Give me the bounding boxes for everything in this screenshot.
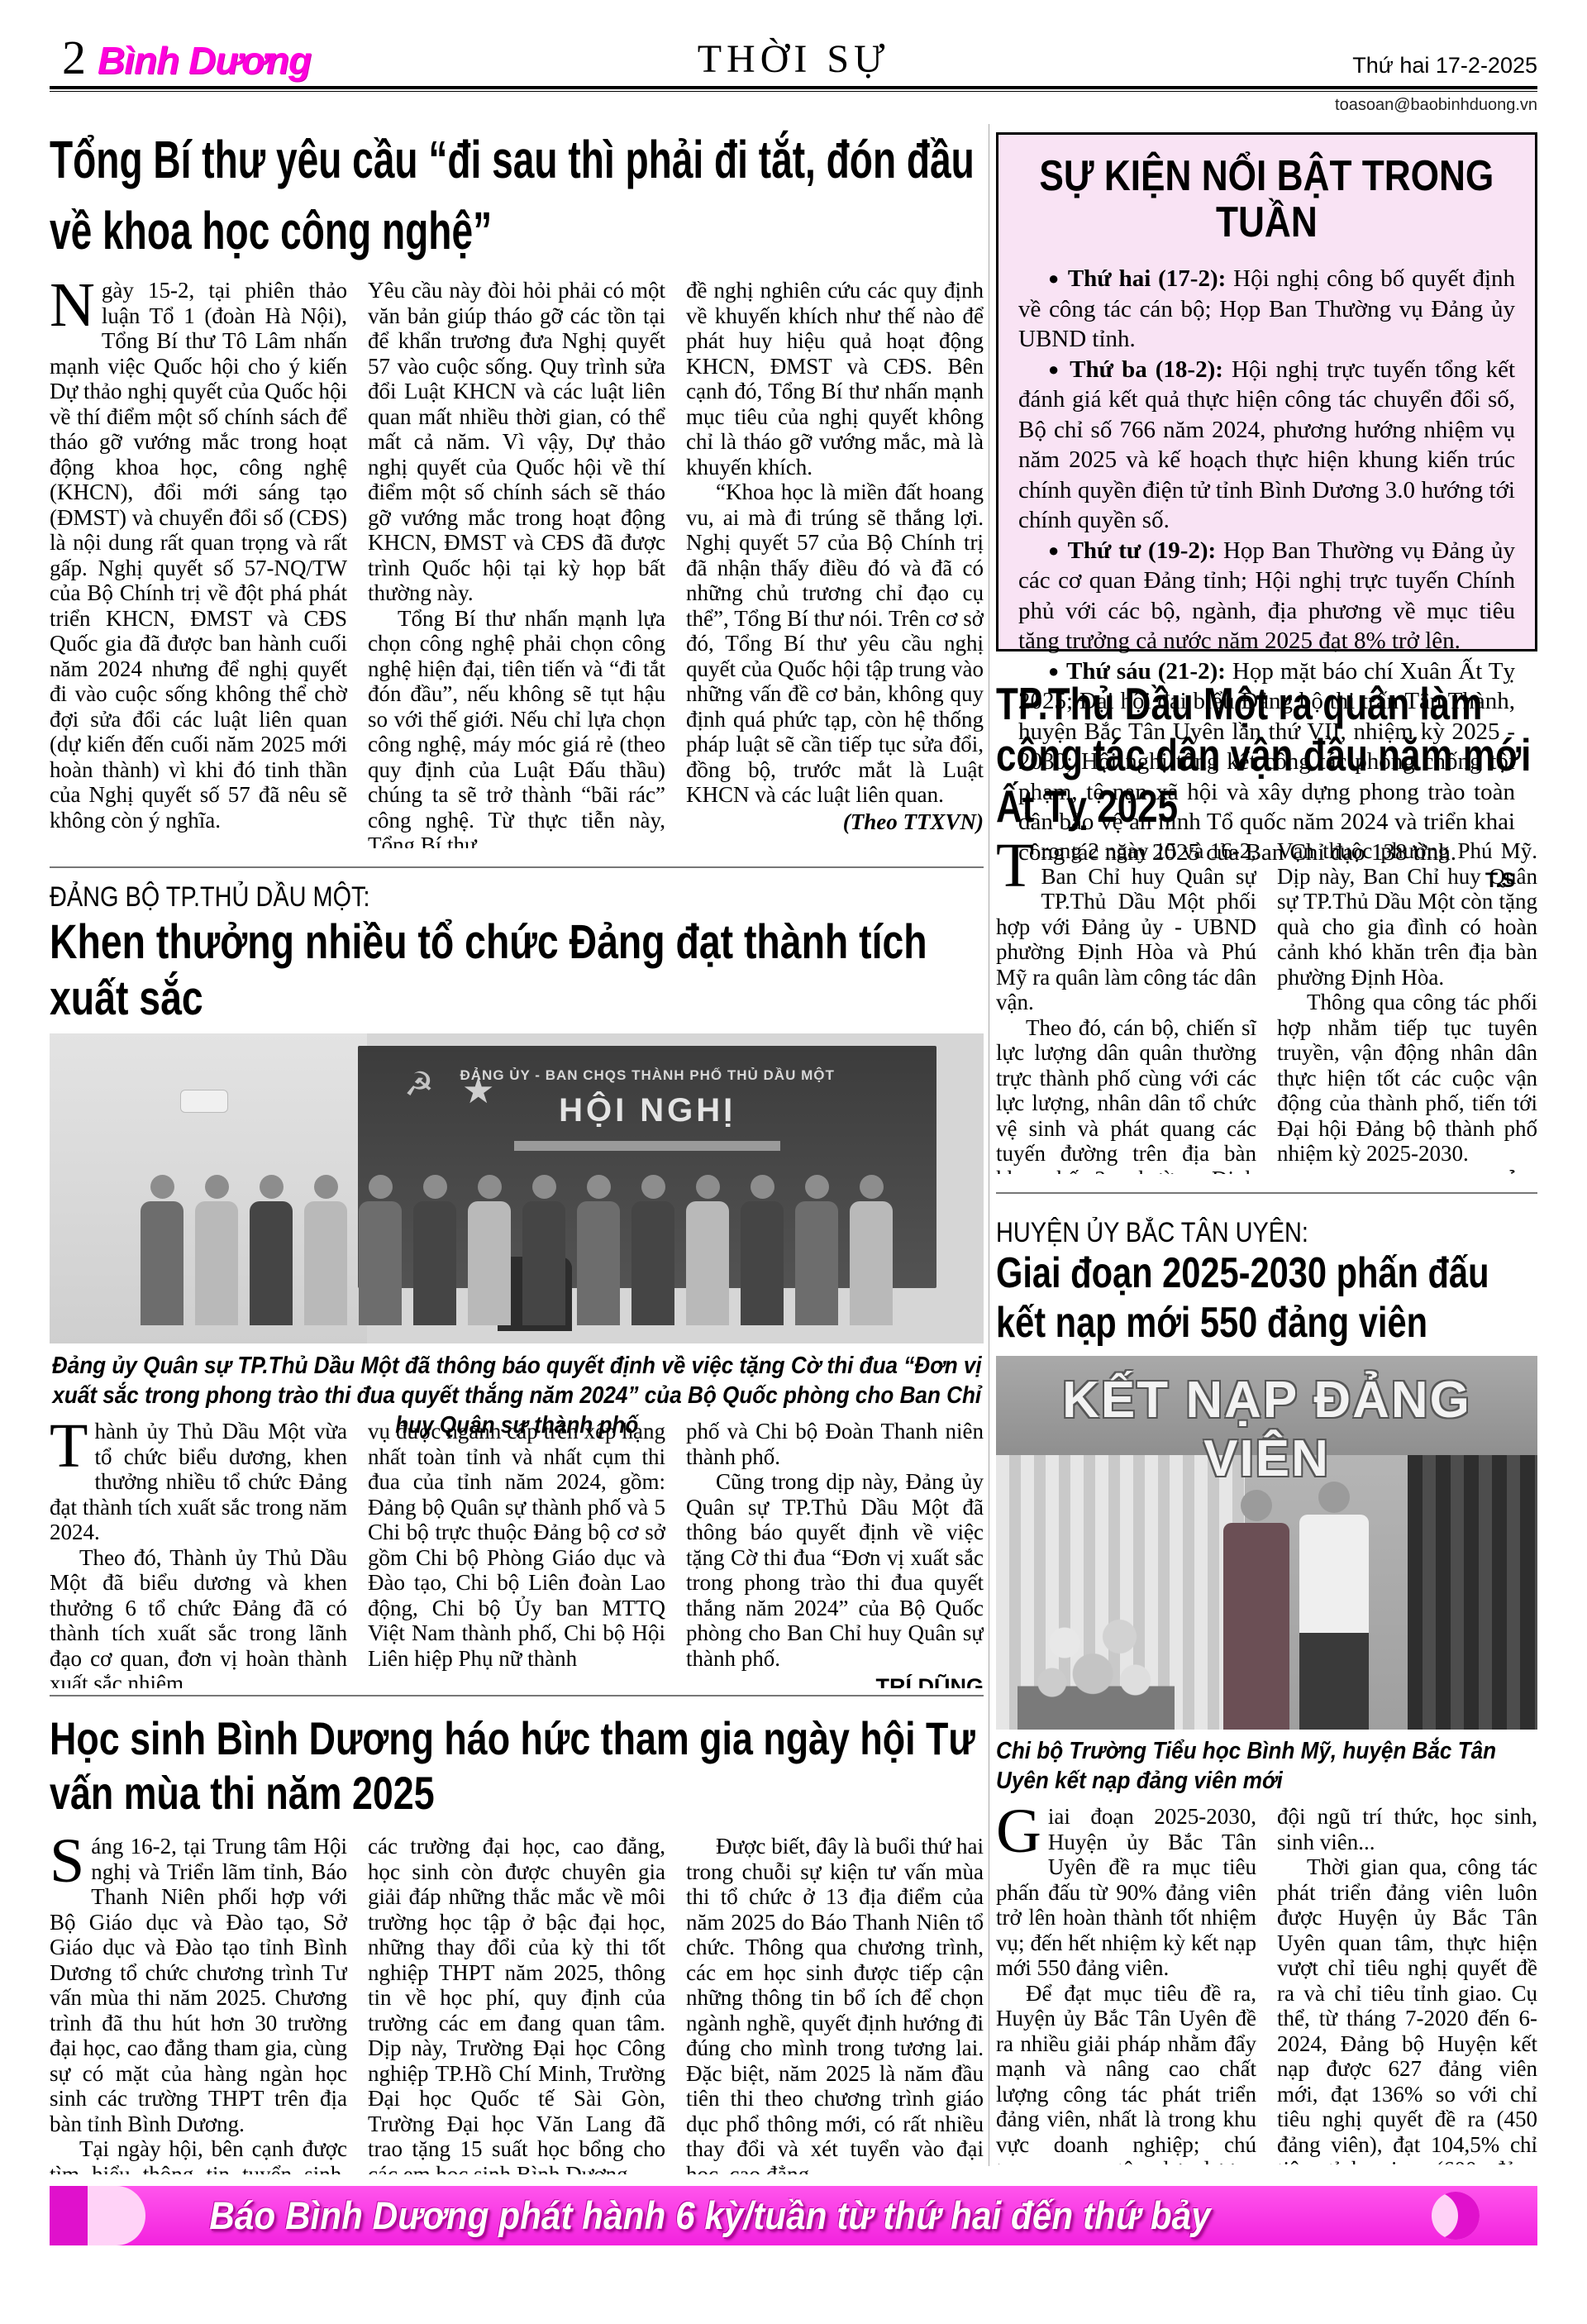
divider <box>50 866 984 868</box>
banner-right-circle <box>1432 2192 1480 2240</box>
drop-cap: T <box>996 838 1041 890</box>
paragraph: vụ được ngành cấp trên xếp hạng nhất toà… <box>368 1419 665 1671</box>
newspaper-page: 2 Bình Dương THỜI SỰ Thứ hai 17-2-2025 t… <box>0 0 1587 2324</box>
events-title: SỰ KIỆN NỔI BẬT TRONG TUẦN <box>1018 153 1515 246</box>
hocsinh-headline-block: Học sinh Bình Dương háo hức tham gia ngà… <box>50 1711 984 1827</box>
person-figure <box>686 1201 729 1325</box>
bullet-icon: ● <box>1048 540 1060 561</box>
khen-article-body: Thành ủy Thủ Dầu Một vừa tổ chức biểu dư… <box>50 1419 984 1688</box>
paragraph: Ngày 15-2, tại phiên thảo luận Tổ 1 (đoà… <box>50 278 347 833</box>
paragraph: Được biết, đây là buổi thứ hai trong chu… <box>686 1834 984 2174</box>
paragraph: Giai đoạn 2025-2030, Huyện ủy Bắc Tân Uy… <box>996 1804 1256 1981</box>
lead-column-3: đề nghị nghiên cứu các quy định về khuyế… <box>686 278 984 848</box>
bactan-headline-block: Giai đoạn 2025-2030 phấn đấu kết nạp mới… <box>996 1248 1537 1351</box>
person-figure <box>631 1201 674 1325</box>
person-figure <box>741 1201 784 1325</box>
paragraph: Cũng trong dịp này, Đảng ủy Quân sự TP.T… <box>686 1469 984 1671</box>
khen-headline-block: Khen thưởng nhiều tổ chức Đảng đạt thành… <box>50 914 984 1030</box>
bactan-headline: Giai đoạn 2025-2030 phấn đấu kết nạp mới… <box>996 1248 1537 1348</box>
person-figure <box>304 1201 347 1325</box>
tdm-headline: TP.Thủ Dầu Một ra quân làm công tác dân … <box>996 678 1537 832</box>
hocsinh-article-body: Sáng 16-2, tại Trung tâm Hội nghị và Tri… <box>50 1834 984 2174</box>
bactan-column-2: đội ngũ trí thức, học sinh, sinh viên...… <box>1277 1804 1537 2164</box>
paragraph: Tại ngày hội, bên cạnh được tìm hiểu thô… <box>50 2136 347 2174</box>
paragraph: Theo đó, cán bộ, chiến sĩ lực lượng dân … <box>996 1015 1256 1175</box>
bullet-icon: ● <box>1048 359 1061 379</box>
header-rule <box>50 86 1537 92</box>
person-figure <box>195 1201 238 1325</box>
person-figure <box>850 1201 893 1325</box>
events-box: SỰ KIỆN NỔI BẬT TRONG TUẦN ● Thứ hai (17… <box>996 132 1537 651</box>
person-figure <box>413 1201 456 1325</box>
divider <box>996 1192 1537 1194</box>
hammer-sickle-icon: ☭ <box>404 1065 434 1104</box>
hocsinh-column-1: Sáng 16-2, tại Trung tâm Hội nghị và Tri… <box>50 1834 347 2174</box>
section-title: THỜI SỰ <box>0 36 1587 82</box>
paragraph: đề nghị nghiên cứu các quy định về khuyế… <box>686 278 984 480</box>
photo-banner-text: ĐẢNG ỦY - BAN CHQS THÀNH PHỐ THỦ DẦU MỘT <box>358 1067 937 1084</box>
photo-ac-unit <box>180 1090 228 1113</box>
tdm-byline: THU THẢO <box>1277 1170 1537 1175</box>
photo-banner-text: KẾT NẠP ĐẢNG VIÊN <box>996 1371 1537 1488</box>
drop-cap: S <box>50 1834 91 1885</box>
khen-column-1: Thành ủy Thủ Dầu Một vừa tổ chức biểu dư… <box>50 1419 347 1688</box>
paragraph: các trường đại học, cao đẳng, học sinh c… <box>368 1834 665 2174</box>
paragraph: Sáng 16-2, tại Trung tâm Hội nghị và Tri… <box>50 1834 347 2136</box>
lead-article-body: Ngày 15-2, tại phiên thảo luận Tổ 1 (đoà… <box>50 278 984 848</box>
person-figure <box>468 1201 511 1325</box>
hocsinh-column-2: các trường đại học, cao đẳng, học sinh c… <box>368 1834 665 2174</box>
hocsinh-headline: Học sinh Bình Dương háo hức tham gia ngà… <box>50 1711 984 1821</box>
paragraph: Theo đó, Thành ủy Thủ Dầu Một đã biểu dư… <box>50 1545 347 1689</box>
khen-headline: Khen thưởng nhiều tổ chức Đảng đạt thành… <box>50 914 984 1027</box>
person-figure <box>359 1201 402 1325</box>
footer-banner: Báo Bình Dương phát hành 6 kỳ/tuần từ th… <box>50 2186 1537 2245</box>
bactan-article-body: Giai đoạn 2025-2030, Huyện ủy Bắc Tân Uy… <box>996 1804 1537 2164</box>
contact-email: toasoan@baobinhduong.vn <box>1335 96 1537 115</box>
paragraph: Để đạt mục tiêu đề ra, Huyện ủy Bắc Tân … <box>996 1981 1256 2165</box>
bactan-kicker-block: HUYỆN ỦY BẮC TÂN UYÊN: <box>996 1217 1537 1249</box>
paragraph: Vạn thuộc phường Phú Mỹ. Dịp này, Ban Ch… <box>1277 838 1537 990</box>
kicker: HUYỆN ỦY BẮC TÂN UYÊN: <box>996 1217 1537 1249</box>
person-figure <box>1223 1523 1289 1730</box>
lead-column-2: Yêu cầu này đòi hỏi phải có một văn bản … <box>368 278 665 848</box>
bactan-photo-caption-block: Chi bộ Trường Tiểu học Bình Mỹ, huyện Bắ… <box>996 1736 1537 1796</box>
divider <box>50 1695 984 1696</box>
event-item: ● Thứ hai (17-2): Hội nghị công bố quyết… <box>1018 264 1515 355</box>
kicker: ĐẢNG BỘ TP.THỦ DẦU MỘT: <box>50 881 984 914</box>
banner-text: Báo Bình Dương phát hành 6 kỳ/tuần từ th… <box>50 2186 1380 2245</box>
photo-banner: KẾT NẠP ĐẢNG VIÊN <box>996 1356 1537 1455</box>
tdm-article-headline-block: TP.Thủ Dầu Một ra quân làm công tác dân … <box>996 678 1537 832</box>
khen-byline: TRÍ DŨNG <box>686 1674 984 1688</box>
bullet-icon: ● <box>1048 268 1060 289</box>
event-label: Thứ ba (18-2): <box>1070 356 1223 383</box>
khen-column-2: vụ được ngành cấp trên xếp hạng nhất toà… <box>368 1419 665 1688</box>
paragraph: “Khoa học là miền đất hoang vu, ai mà đi… <box>686 480 984 808</box>
hocsinh-column-3: Được biết, đây là buổi thứ hai trong chu… <box>686 1834 984 2174</box>
lead-byline: (Theo TTXVN) <box>686 809 984 835</box>
paragraph: Thông qua công tác phối hợp nhằm tiếp tụ… <box>1277 990 1537 1167</box>
person-figure <box>795 1201 838 1325</box>
photo-people-row <box>69 1201 965 1325</box>
star-icon: ★ <box>462 1070 494 1112</box>
event-label: Thứ hai (17-2): <box>1068 265 1226 292</box>
bactan-column-1: Giai đoạn 2025-2030, Huyện ủy Bắc Tân Uy… <box>996 1804 1256 2164</box>
tdm-column-2: Vạn thuộc phường Phú Mỹ. Dịp này, Ban Ch… <box>1277 838 1537 1174</box>
paragraph: phố và Chi bộ Đoàn Thanh niên thành phố. <box>686 1419 984 1469</box>
person-figure <box>141 1201 183 1325</box>
person-figure <box>522 1201 565 1325</box>
photo-conference-title: HỘI NGHỊ <box>358 1092 937 1129</box>
tdm-article-body: Trong 2 ngày 15 và 16-2, Ban Chỉ huy Quâ… <box>996 838 1537 1174</box>
issue-date: Thứ hai 17-2-2025 <box>1352 53 1537 79</box>
paragraph: Yêu cầu này đòi hỏi phải có một văn bản … <box>368 278 665 606</box>
person-figure <box>250 1201 293 1325</box>
event-label: Thứ tư (19-2): <box>1068 537 1217 564</box>
khen-article-photo: ☭ ★ ĐẢNG ỦY - BAN CHQS THÀNH PHỐ THỦ DẦU… <box>50 1033 984 1343</box>
event-item: ● Thứ ba (18-2): Hội nghị trực tuyến tổn… <box>1018 355 1515 536</box>
paragraph: Trong 2 ngày 15 và 16-2, Ban Chỉ huy Quâ… <box>996 838 1256 1015</box>
tdm-column-1: Trong 2 ngày 15 và 16-2, Ban Chỉ huy Quâ… <box>996 838 1256 1174</box>
paragraph: Thời gian qua, công tác phát triển đảng … <box>1277 1854 1537 2164</box>
bactan-article-photo: KẾT NẠP ĐẢNG VIÊN <box>996 1356 1537 1730</box>
paragraph: đội ngũ trí thức, học sinh, sinh viên... <box>1277 1804 1537 1854</box>
event-item: ● Thứ tư (19-2): Họp Ban Thường vụ Đảng … <box>1018 536 1515 656</box>
drop-cap: N <box>50 278 102 329</box>
flower-arrangement <box>1017 1606 1175 1730</box>
khen-kicker-block: ĐẢNG BỘ TP.THỦ DẦU MỘT: <box>50 881 984 914</box>
khen-column-3: phố và Chi bộ Đoàn Thanh niên thành phố.… <box>686 1419 984 1688</box>
drop-cap: G <box>996 1804 1048 1855</box>
person-figure <box>577 1201 620 1325</box>
lead-article-headline-block: Tổng Bí thư yêu cầu “đi sau thì phải đi … <box>50 124 984 274</box>
person-figure <box>1299 1515 1369 1730</box>
paragraph: Tổng Bí thư nhấn mạnh lựa chọn công nghệ… <box>368 606 665 849</box>
vertical-rule <box>989 124 989 2166</box>
drop-cap: T <box>50 1419 94 1470</box>
lead-headline: Tổng Bí thư yêu cầu “đi sau thì phải đi … <box>50 124 984 266</box>
lead-column-1: Ngày 15-2, tại phiên thảo luận Tổ 1 (đoà… <box>50 278 347 848</box>
photo-banner-sub <box>514 1141 780 1151</box>
paragraph: Thành ủy Thủ Dầu Một vừa tổ chức biểu dư… <box>50 1419 347 1545</box>
photo-caption: Chi bộ Trường Tiểu học Bình Mỹ, huyện Bắ… <box>996 1736 1538 1796</box>
